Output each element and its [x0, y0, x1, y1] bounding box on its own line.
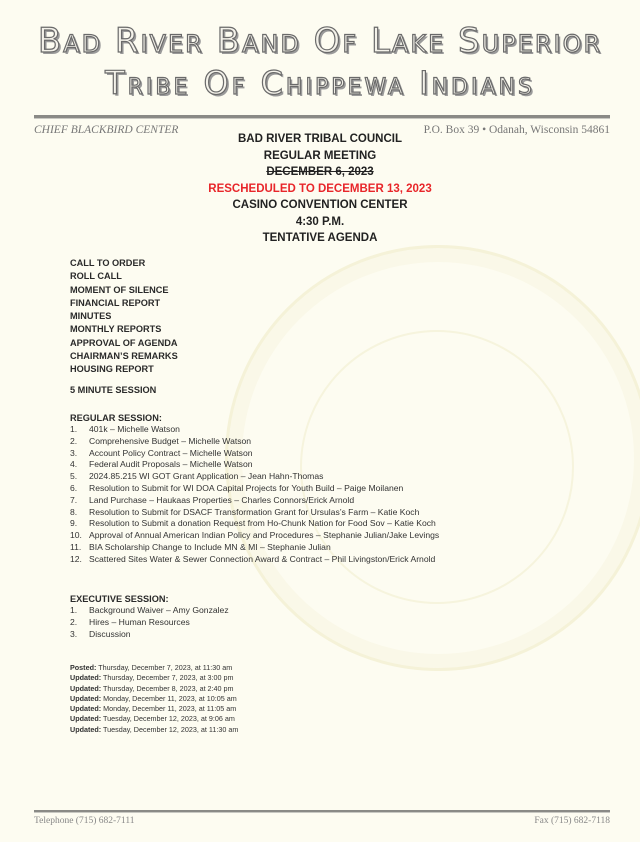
agenda-item: 10.Approval of Annual American Indian Po…: [70, 530, 439, 542]
executive-session-heading: EXECUTIVE SESSION:: [70, 594, 229, 604]
posting-log-timestamp: Thursday, December 7, 2023, at 11:30 am: [96, 663, 232, 672]
agenda-item-number: 5.: [70, 471, 89, 483]
opening-item: CALL TO ORDER: [70, 257, 178, 270]
posting-log-label: Updated:: [70, 673, 101, 682]
opening-item: MOMENT OF SILENCE: [70, 284, 178, 297]
agenda-item-number: 3.: [70, 448, 89, 460]
rescheduled-date: RESCHEDULED TO DECEMBER 13, 2023: [160, 181, 480, 198]
regular-session-heading: REGULAR SESSION:: [70, 413, 439, 423]
posting-log: Posted: Thursday, December 7, 2023, at 1…: [70, 663, 238, 735]
footer-rule: [34, 810, 610, 813]
agenda-item-text: Comprehensive Budget – Michelle Watson: [89, 436, 251, 448]
agenda-item-number: 2.: [70, 436, 89, 448]
office-name: CHIEF BLACKBIRD CENTER: [34, 124, 178, 136]
opening-item: MONTHLY REPORTS: [70, 323, 178, 336]
meeting-time: 4:30 P.M.: [160, 214, 480, 231]
agenda-item-text: Scattered Sites Water & Sewer Connection…: [89, 554, 435, 566]
letterhead-line-2: Tribe Of Chippewa Indians: [0, 62, 640, 104]
agenda-item-number: 10.: [70, 530, 89, 542]
posting-log-entry: Updated: Tuesday, December 12, 2023, at …: [70, 725, 238, 735]
posting-log-timestamp: Monday, December 11, 2023, at 10:05 am: [101, 694, 237, 703]
posting-log-label: Updated:: [70, 684, 101, 693]
posting-log-timestamp: Thursday, December 8, 2023, at 2:40 pm: [101, 684, 233, 693]
agenda-item-number: 12.: [70, 554, 89, 566]
original-date: DECEMBER 6, 2023: [160, 164, 480, 181]
agenda-item: 1.401k – Michelle Watson: [70, 424, 439, 436]
posting-log-label: Posted:: [70, 663, 96, 672]
agenda-item-text: Resolution to Submit a donation Request …: [89, 518, 436, 530]
opening-item: FINANCIAL REPORT: [70, 297, 178, 310]
posting-log-label: Updated:: [70, 714, 101, 723]
letterhead-line-1: Bad River Band Of Lake Superior: [0, 20, 640, 62]
fax-number: Fax (715) 682-7118: [534, 816, 610, 826]
posting-log-entry: Updated: Monday, December 11, 2023, at 1…: [70, 694, 238, 704]
agenda-item: 2.Comprehensive Budget – Michelle Watson: [70, 436, 439, 448]
regular-session-list: 1.401k – Michelle Watson2.Comprehensive …: [70, 424, 439, 566]
agenda-item: 11.BIA Scholarship Change to Include MN …: [70, 542, 439, 554]
agenda-item-text: 401k – Michelle Watson: [89, 424, 180, 436]
posting-log-label: Updated:: [70, 694, 101, 703]
agenda-item-number: 6.: [70, 483, 89, 495]
agenda-item: 12.Scattered Sites Water & Sewer Connect…: [70, 554, 439, 566]
agenda-item-number: 8.: [70, 507, 89, 519]
regular-session: REGULAR SESSION: 1.401k – Michelle Watso…: [70, 413, 439, 566]
agenda-item: 4.Federal Audit Proposals – Michelle Wat…: [70, 459, 439, 471]
meeting-type: REGULAR MEETING: [160, 148, 480, 165]
posting-log-timestamp: Thursday, December 7, 2023, at 3:00 pm: [101, 673, 233, 682]
agenda-label: TENTATIVE AGENDA: [160, 230, 480, 247]
five-minute-session-heading: 5 MINUTE SESSION: [70, 385, 156, 395]
opening-item: ROLL CALL: [70, 270, 178, 283]
header-rule: [34, 115, 610, 119]
meeting-location: CASINO CONVENTION CENTER: [160, 197, 480, 214]
agenda-item: 2.Hires – Human Resources: [70, 617, 229, 629]
posting-log-entry: Posted: Thursday, December 7, 2023, at 1…: [70, 663, 238, 673]
agenda-item: 9.Resolution to Submit a donation Reques…: [70, 518, 439, 530]
posting-log-label: Updated:: [70, 704, 101, 713]
agenda-item-number: 4.: [70, 459, 89, 471]
executive-session: EXECUTIVE SESSION: 1.Background Waiver –…: [70, 594, 229, 640]
agenda-item: 8.Resolution to Submit for DSACF Transfo…: [70, 507, 439, 519]
posting-log-label: Updated:: [70, 725, 101, 734]
agenda-item: 3.Discussion: [70, 629, 229, 641]
executive-session-list: 1.Background Waiver – Amy Gonzalez2.Hire…: [70, 605, 229, 640]
agenda-item-text: Hires – Human Resources: [89, 617, 190, 629]
agenda-item-text: Discussion: [89, 629, 131, 641]
agenda-item: 5.2024.85.215 WI GOT Grant Application –…: [70, 471, 439, 483]
posting-log-timestamp: Monday, December 11, 2023, at 11:05 am: [101, 704, 236, 713]
agenda-item-number: 1.: [70, 424, 89, 436]
agenda-item-number: 9.: [70, 518, 89, 530]
agenda-item-text: Resolution to Submit for WI DOA Capital …: [89, 483, 403, 495]
telephone-number: Telephone (715) 682-7111: [34, 816, 134, 826]
posting-log-entry: Updated: Thursday, December 8, 2023, at …: [70, 684, 238, 694]
posting-log-entry: Updated: Tuesday, December 12, 2023, at …: [70, 714, 238, 724]
letterhead: Bad River Band Of Lake Superior Tribe Of…: [0, 20, 640, 104]
posting-log-timestamp: Tuesday, December 12, 2023, at 11:30 am: [101, 725, 238, 734]
agenda-item-text: Land Purchase – Haukaas Properties – Cha…: [89, 495, 354, 507]
agenda-item-number: 7.: [70, 495, 89, 507]
opening-item: MINUTES: [70, 310, 178, 323]
agenda-item-number: 1.: [70, 605, 89, 617]
meeting-title-block: BAD RIVER TRIBAL COUNCIL REGULAR MEETING…: [160, 131, 480, 247]
agenda-item: 1.Background Waiver – Amy Gonzalez: [70, 605, 229, 617]
agenda-item-text: BIA Scholarship Change to Include MN & M…: [89, 542, 331, 554]
council-name: BAD RIVER TRIBAL COUNCIL: [160, 131, 480, 148]
agenda-item-text: Approval of Annual American Indian Polic…: [89, 530, 439, 542]
opening-item: HOUSING REPORT: [70, 363, 178, 376]
agenda-item-text: Background Waiver – Amy Gonzalez: [89, 605, 229, 617]
agenda-item-text: Resolution to Submit for DSACF Transform…: [89, 507, 419, 519]
agenda-item-number: 2.: [70, 617, 89, 629]
opening-items: CALL TO ORDER ROLL CALL MOMENT OF SILENC…: [70, 257, 178, 377]
agenda-item: 3.Account Policy Contract – Michelle Wat…: [70, 448, 439, 460]
agenda-item-text: Account Policy Contract – Michelle Watso…: [89, 448, 253, 460]
agenda-item-number: 11.: [70, 542, 89, 554]
opening-item: CHAIRMAN’S REMARKS: [70, 350, 178, 363]
agenda-item-text: Federal Audit Proposals – Michelle Watso…: [89, 459, 253, 471]
posting-log-timestamp: Tuesday, December 12, 2023, at 9:06 am: [101, 714, 235, 723]
agenda-item: 7.Land Purchase – Haukaas Properties – C…: [70, 495, 439, 507]
posting-log-entry: Updated: Monday, December 11, 2023, at 1…: [70, 704, 238, 714]
posting-log-entry: Updated: Thursday, December 7, 2023, at …: [70, 673, 238, 683]
agenda-item-text: 2024.85.215 WI GOT Grant Application – J…: [89, 471, 323, 483]
opening-item: APPROVAL OF AGENDA: [70, 337, 178, 350]
agenda-item: 6.Resolution to Submit for WI DOA Capita…: [70, 483, 439, 495]
agenda-item-number: 3.: [70, 629, 89, 641]
